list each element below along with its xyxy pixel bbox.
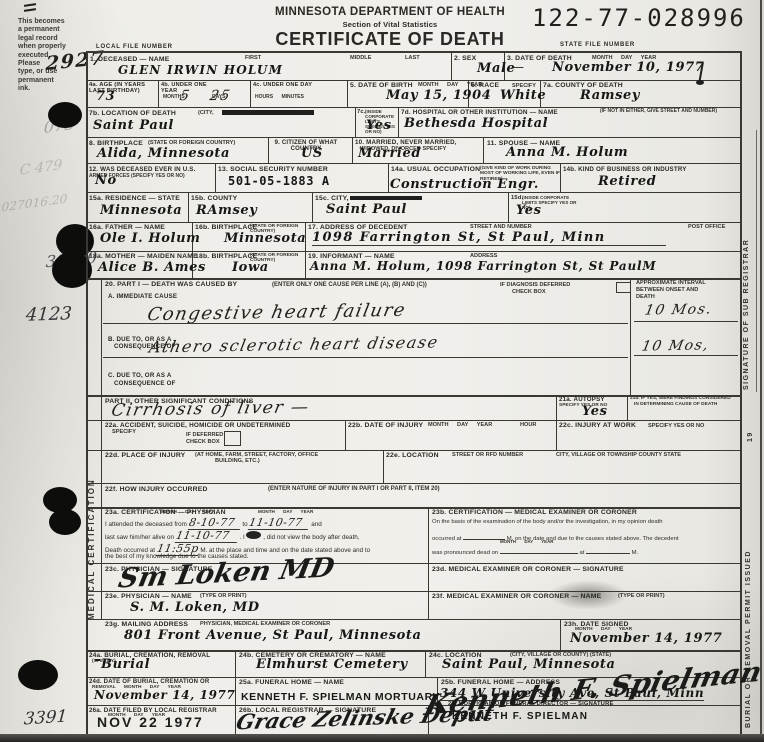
autopsy-value: Yes bbox=[582, 404, 608, 419]
ssn-value: 501-05-1883 A bbox=[228, 174, 330, 188]
physician-name: S. M. Loken, MD bbox=[130, 600, 260, 615]
scan-edge-right bbox=[760, 0, 762, 742]
margin-note-line: legal record bbox=[18, 35, 66, 43]
cert-text: to bbox=[242, 521, 247, 528]
field-16b-label: 16b. BIRTHPLACE bbox=[195, 224, 257, 231]
funeral-home-name: KENNETH F. SPIELMAN MORTUARY bbox=[241, 691, 440, 703]
field-4c-sub: HOURS MINUTES bbox=[255, 94, 304, 100]
informant-value: Anna M. Holum, 1098 Farrington St, St Pa… bbox=[310, 259, 656, 273]
sub-registrar-blank-line bbox=[756, 130, 757, 392]
occupation-value: Construction Engr. bbox=[390, 177, 539, 192]
field-7d-sub: (IF NOT IN EITHER, GIVE STREET AND NUMBE… bbox=[600, 109, 730, 115]
interval-a-line bbox=[634, 321, 738, 322]
row-line bbox=[86, 483, 740, 484]
certification-line-2: last saw him/her alive on 11-10-77 . I ,… bbox=[105, 529, 359, 543]
age-value: 73 bbox=[96, 89, 115, 104]
margin-note-line: ink. bbox=[18, 85, 66, 93]
redaction-bar bbox=[350, 196, 422, 200]
field-22e-label: 22e. LOCATION bbox=[386, 452, 439, 459]
field-20-note: (ENTER ONLY ONE CAUSE PER LINE (A), (B) … bbox=[272, 282, 427, 288]
field-18a-label: 18a. MOTHER — MAIDEN NAME bbox=[89, 253, 198, 260]
residence-state: Minnesota bbox=[100, 203, 182, 218]
field-18b-label: 18b. BIRTHPLACE bbox=[195, 253, 257, 260]
field-17-sub2: POST OFFICE bbox=[688, 224, 725, 230]
field-16a-label: 16a. FATHER — NAME bbox=[89, 224, 165, 231]
field-23b-myd: MONTH DAY YEAR bbox=[500, 539, 553, 544]
field-22e-sub2: CITY, VILLAGE OR TOWNSHIP COUNTY STATE bbox=[556, 452, 681, 458]
field-7d-label: 7d. HOSPITAL OR OTHER INSTITUTION — NAME bbox=[401, 109, 558, 116]
row-line bbox=[86, 80, 740, 81]
hospital-value: Bethesda Hospital bbox=[404, 116, 548, 131]
decedent-address: 1098 Farrington St, St Paul, Minn bbox=[312, 230, 666, 246]
cell-divider bbox=[188, 192, 189, 222]
mother-birthplace: Iowa bbox=[232, 260, 269, 275]
field-22e-sub: STREET OR RFD NUMBER bbox=[452, 452, 523, 458]
pen-mark bbox=[95, 659, 100, 661]
residence-county: RAmsey bbox=[196, 203, 257, 218]
margin-handwritten-4123: 4123 bbox=[25, 303, 72, 326]
cause-a-line bbox=[103, 323, 628, 324]
field-15c-label: 15c. CITY, bbox=[315, 195, 349, 202]
cell-divider bbox=[305, 251, 306, 278]
cell-divider bbox=[355, 107, 356, 137]
field-22b-sub2: HOUR bbox=[520, 422, 536, 428]
corner-mark bbox=[24, 3, 36, 7]
cell-divider bbox=[215, 163, 216, 192]
field-1-label: 1. DECEASED — NAME bbox=[90, 56, 170, 63]
field-13-label: 13. SOCIAL SECURITY NUMBER bbox=[218, 166, 328, 173]
field-22d-sub2: BUILDING, ETC.) bbox=[215, 458, 260, 464]
cell-divider bbox=[268, 137, 269, 163]
row-line bbox=[86, 222, 740, 223]
certification-line-1: I attended the deceased from 8-10-77 to … bbox=[105, 516, 322, 530]
pen-mark bbox=[696, 80, 704, 85]
cell-divider bbox=[451, 51, 452, 80]
field-21b-label: 21b. IF YES, WERE FINDINGS CONSIDERED bbox=[630, 396, 731, 401]
dept-subtitle: Section of Vital Statistics bbox=[240, 20, 540, 29]
deceased-name: GLEN IRWIN HOLUM bbox=[118, 63, 283, 77]
field-22c-sub: SPECIFY YES OR NO bbox=[648, 423, 704, 429]
field-20-deferred1: IF DIAGNOSIS DEFERRED bbox=[500, 282, 570, 288]
field-22c-label: 22c. INJURY AT WORK bbox=[559, 422, 636, 429]
race-value: White bbox=[500, 88, 546, 103]
field-22a-sub: SPECIFY bbox=[112, 429, 136, 435]
county-of-death: Ramsey bbox=[580, 88, 640, 103]
burial-location: Saint Paul, Minnesota bbox=[442, 657, 616, 672]
months-value: 5 bbox=[178, 88, 192, 104]
field-1-last: LAST bbox=[405, 55, 420, 61]
date-signed: November 14, 1977 bbox=[570, 631, 722, 646]
field-23a-myd: MONTH DAY YEAR bbox=[258, 509, 313, 514]
mother-maiden-name: Alice B. Ames bbox=[98, 260, 206, 275]
field-23f-sub: (TYPE OR PRINT) bbox=[618, 593, 665, 599]
cell-divider bbox=[250, 80, 251, 107]
date-of-death: November 10, 1977 bbox=[552, 60, 704, 75]
certificate-title: CERTIFICATE OF DEATH bbox=[220, 29, 560, 50]
cause-b-interval: 10 Mos, bbox=[640, 337, 711, 354]
death-certificate-scan: This becomes a permanent legal record wh… bbox=[0, 0, 764, 742]
sex-dash: — bbox=[510, 60, 527, 75]
cause-c-label1: C. DUE TO, OR AS A bbox=[108, 372, 172, 379]
sub-registrar-vertical-label: SIGNATURE OF SUB REGISTRAR bbox=[743, 145, 750, 390]
cause-a-interval: 10 Mos. bbox=[643, 301, 714, 318]
row-line bbox=[86, 420, 740, 421]
row-line bbox=[86, 192, 740, 193]
last-seen-alive-date: 11-10-77 bbox=[174, 529, 238, 543]
coroner-line-3: was pronounced dead on at M. bbox=[432, 546, 638, 556]
dept-title: MINNESOTA DEPARTMENT OF HEALTH bbox=[240, 6, 540, 18]
cause-c-label2: CONSEQUENCE OF bbox=[114, 380, 176, 387]
cemetery-name: Elmhurst Cemetery bbox=[256, 657, 408, 672]
field-22b-label: 22b. DATE OF INJURY bbox=[348, 422, 423, 429]
cause-a-label: A. IMMEDIATE CAUSE bbox=[108, 293, 177, 300]
field-23e-sub: (TYPE OR PRINT) bbox=[200, 593, 247, 599]
corner-mark bbox=[24, 8, 36, 12]
coroner-text: M. bbox=[632, 550, 639, 556]
field-22b-sub: MONTH DAY YEAR bbox=[428, 422, 492, 428]
field-1-middle: MIDDLE bbox=[350, 55, 371, 61]
cell-divider bbox=[425, 650, 426, 677]
burial-date: November 14, 1977 bbox=[94, 688, 235, 702]
blank-line bbox=[586, 546, 630, 554]
field-20-interval2: BETWEEN ONSET AND bbox=[636, 287, 698, 293]
cert-text: . I bbox=[239, 534, 244, 541]
birthplace-value: Alida, Minnesota bbox=[97, 146, 230, 161]
cell-divider bbox=[556, 395, 557, 420]
margin-note-line: This becomes bbox=[18, 18, 66, 26]
coroner-line-1: On the basis of the examination of the b… bbox=[432, 519, 663, 525]
medical-certification-vertical-label: MEDICAL CERTIFICATION bbox=[87, 388, 96, 620]
blank-line bbox=[463, 532, 505, 540]
field-21b-sub: IN DETERMINING CAUSE OF DEATH bbox=[634, 402, 717, 407]
marital-status: Married bbox=[358, 146, 421, 161]
field-22f-label: 22f. HOW INJURY OCCURRED bbox=[105, 486, 208, 493]
attended-to-date: 11-10-77 bbox=[248, 516, 310, 530]
cert-text: I attended the deceased from bbox=[105, 521, 187, 528]
cause-b-value: Athero sclerotic heart disease bbox=[148, 332, 441, 356]
field-22a-deferred2: CHECK BOX bbox=[186, 439, 220, 445]
row-line bbox=[86, 450, 740, 451]
field-23d-label: 23d. MEDICAL EXAMINER OR CORONER — SIGNA… bbox=[432, 566, 624, 573]
days-value: 25 bbox=[208, 88, 232, 104]
field-23e-label: 23e. PHYSICIAN — NAME bbox=[105, 593, 192, 600]
row-line bbox=[86, 251, 740, 252]
cert-text: last saw him/her alive on bbox=[105, 534, 174, 541]
form-border-right bbox=[740, 51, 742, 735]
field-23b-label: 23b. CERTIFICATION — MEDICAL EXAMINER OR… bbox=[432, 509, 637, 516]
cell-divider bbox=[347, 80, 348, 107]
row-line bbox=[86, 137, 740, 138]
field-20-deferred2: CHECK BOX bbox=[512, 289, 546, 295]
field-7b-sub: (CITY, bbox=[198, 110, 214, 116]
margin-handwritten-0479: C 479 bbox=[19, 157, 62, 179]
state-file-number-label: STATE FILE NUMBER bbox=[560, 42, 635, 48]
cell-divider bbox=[560, 163, 561, 192]
field-14a-label: 14a. USUAL OCCUPATION bbox=[391, 166, 480, 173]
coroner-text: at bbox=[579, 550, 584, 556]
cell-divider bbox=[428, 507, 429, 619]
state-file-number-handwritten: 122-77-028996 bbox=[532, 4, 747, 32]
cell-divider bbox=[556, 420, 557, 450]
residence-corporate-limits: Yes bbox=[516, 203, 542, 218]
field-15b-label: 15b. COUNTY bbox=[191, 195, 237, 202]
cell-divider bbox=[388, 163, 389, 192]
field-20-interval1: APPROXIMATE INTERVAL bbox=[636, 280, 706, 286]
interval-b-line bbox=[634, 355, 738, 356]
spouse-name: Anna M. Holum bbox=[506, 145, 628, 160]
field-20-label: 20. PART I — DEATH WAS CAUSED BY bbox=[105, 281, 237, 288]
field-2-label: 2. SEX bbox=[454, 55, 476, 62]
diagnosis-deferred-checkbox bbox=[616, 282, 631, 293]
field-25a-label: 25a. FUNERAL HOME — NAME bbox=[239, 679, 344, 686]
industry-value: Retired bbox=[598, 174, 656, 189]
cell-divider bbox=[630, 278, 631, 395]
field-6-label: 6. RACE bbox=[471, 82, 499, 89]
armed-forces-value: No bbox=[95, 173, 117, 188]
field-15a-label: 15a. RESIDENCE — STATE bbox=[89, 195, 180, 202]
field-20-interval3: DEATH bbox=[636, 294, 655, 300]
cause-a-value: Congestive heart failure bbox=[145, 300, 407, 325]
margin-handwritten-3391: 3391 bbox=[23, 707, 68, 730]
redaction-bar bbox=[222, 110, 314, 115]
burial-type: Burial bbox=[101, 657, 150, 672]
cell-divider bbox=[312, 192, 313, 222]
cell-divider bbox=[383, 450, 384, 483]
field-23g-label: 23g. MAILING ADDRESS bbox=[105, 621, 188, 628]
form-border-top bbox=[86, 51, 740, 53]
row-line bbox=[86, 163, 740, 164]
margin-handwritten-027: 027016.20 bbox=[1, 192, 67, 215]
punch-hole bbox=[49, 509, 81, 535]
cert-text: and bbox=[311, 521, 322, 528]
injury-deferred-checkbox bbox=[224, 431, 241, 446]
part2-value: Cirrhosis of liver — bbox=[110, 397, 312, 420]
cell-divider bbox=[158, 80, 159, 107]
corporate-limits-value: Yes bbox=[366, 118, 392, 133]
margin-note-line: a permanent bbox=[18, 26, 66, 34]
mailing-address: 801 Front Avenue, St Paul, Minnesota bbox=[124, 628, 422, 643]
field-22a-deferred1: IF DEFERRED bbox=[186, 432, 223, 438]
coroner-line-2: occurred at M. on the date and due to th… bbox=[432, 532, 679, 542]
punch-hole bbox=[48, 102, 82, 128]
field-22a-label: 22a. ACCIDENT, SUICIDE, HOMICIDE OR UNDE… bbox=[105, 422, 290, 429]
scan-edge-bottom bbox=[0, 734, 764, 742]
father-birthplace: Minnesota bbox=[224, 231, 306, 246]
field-22f-sub: (ENTER NATURE OF INJURY IN PART I OR PAR… bbox=[268, 486, 440, 492]
date-of-birth: May 15, 1904 bbox=[386, 88, 491, 103]
punch-hole bbox=[18, 660, 58, 690]
location-of-death: Saint Paul bbox=[93, 118, 174, 133]
cell-divider bbox=[483, 137, 484, 163]
field-10-label: 10. MARRIED, NEVER MARRIED, bbox=[355, 139, 457, 146]
residence-city: Saint Paul bbox=[326, 202, 407, 217]
field-23g-sub: PHYSICIAN, MEDICAL EXAMINER OR CORONER bbox=[200, 621, 330, 627]
field-4c-label: 4c. UNDER ONE DAY bbox=[253, 82, 313, 88]
field-23f-label: 23f. MEDICAL EXAMINER OR CORONER — NAME bbox=[432, 593, 601, 600]
field-23a-myd: MONTH DAY YEAR bbox=[160, 509, 215, 514]
cell-divider bbox=[627, 395, 628, 420]
coroner-text: On the basis of the examination of the b… bbox=[432, 519, 663, 525]
local-file-number-label: LOCAL FILE NUMBER bbox=[96, 44, 173, 50]
field-1-first: FIRST bbox=[245, 55, 261, 61]
field-22d-label: 22d. PLACE OF INJURY bbox=[105, 452, 185, 459]
citizen-value: US bbox=[301, 146, 323, 161]
medical-strip-line bbox=[101, 278, 102, 619]
coroner-text: occurred at bbox=[432, 536, 461, 542]
date-filed-stamp: NOV 22 1977 bbox=[97, 714, 204, 730]
row-line bbox=[86, 591, 740, 592]
cell-divider bbox=[352, 137, 353, 163]
cell-divider bbox=[560, 619, 561, 650]
cell-divider bbox=[398, 107, 399, 137]
cell-divider bbox=[508, 192, 509, 222]
father-name: Ole I. Holum bbox=[100, 231, 201, 246]
row-line bbox=[86, 619, 740, 620]
coroner-text: was pronounced dead on bbox=[432, 550, 498, 556]
blank-line bbox=[500, 546, 578, 554]
attended-from-date: 8-10-77 bbox=[187, 516, 241, 530]
margin-note-line: when properly bbox=[18, 43, 66, 51]
field-12-label: 12. WAS DECEASED EVER IN U.S. bbox=[89, 166, 196, 173]
field-7b-label: 7b. LOCATION OF DEATH bbox=[89, 110, 176, 117]
margin-note-line: permanent bbox=[18, 77, 66, 85]
field-14b-label: 14b. KIND OF BUSINESS OR INDUSTRY bbox=[563, 166, 687, 173]
did-marked-blob bbox=[246, 531, 261, 539]
year-blank-vertical: 19 bbox=[747, 418, 754, 442]
cert-text: , did not view the body after death, bbox=[263, 534, 359, 541]
cell-divider bbox=[345, 420, 346, 450]
field-21a-label: 21a. AUTOPSY bbox=[559, 396, 605, 403]
cause-b-line bbox=[103, 357, 628, 358]
